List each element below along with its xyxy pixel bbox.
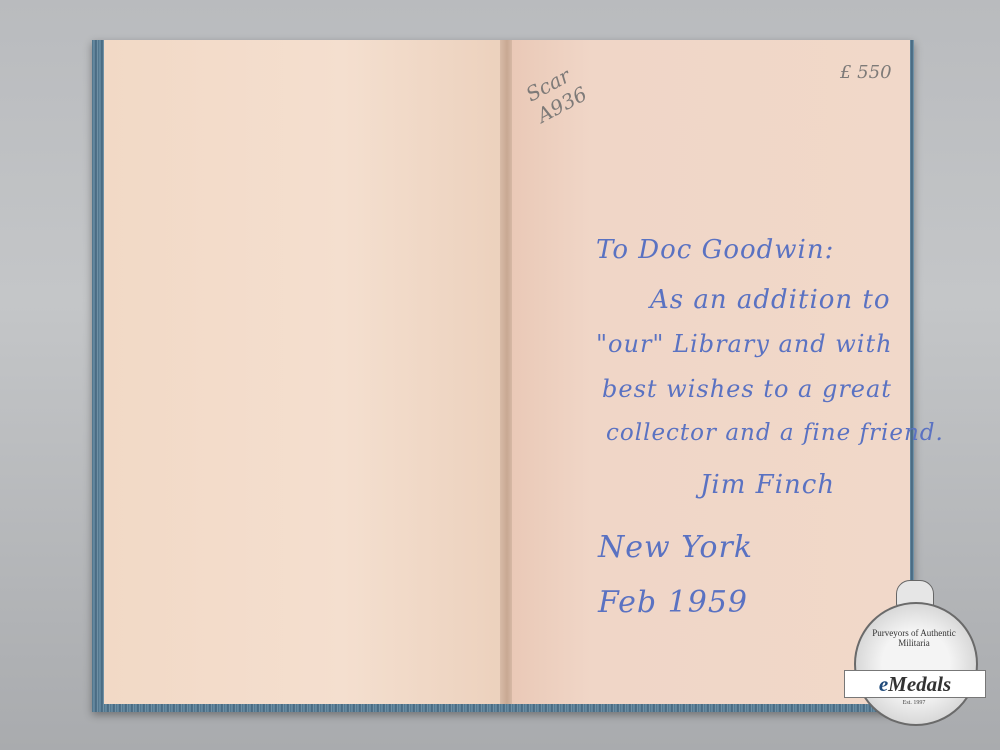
- pencil-price: £ 550: [840, 62, 892, 83]
- inscription-line: As an addition to: [650, 285, 891, 315]
- inscription-date: Feb 1959: [598, 585, 748, 620]
- laurel-badge-icon: [854, 602, 978, 726]
- watermark-brand: eMedals: [844, 670, 986, 698]
- inscription-place: New York: [598, 530, 753, 565]
- inscription-signature: Jim Finch: [700, 470, 835, 500]
- inscription-line: To Doc Goodwin:: [596, 235, 834, 265]
- emedals-watermark: Purveyors of Authentic Militaria eMedals…: [848, 580, 980, 730]
- inscription-line: "our" Library and with: [596, 330, 893, 358]
- watermark-brand-e: e: [879, 672, 888, 697]
- left-endpaper: [104, 40, 504, 704]
- watermark-brand-rest: Medals: [888, 672, 951, 697]
- watermark-motto: Purveyors of Authentic Militaria: [866, 628, 962, 648]
- inscription-line: collector and a fine friend.: [606, 420, 944, 446]
- inscription-line: best wishes to a great: [602, 375, 892, 403]
- watermark-est: Est. 1997: [848, 700, 980, 706]
